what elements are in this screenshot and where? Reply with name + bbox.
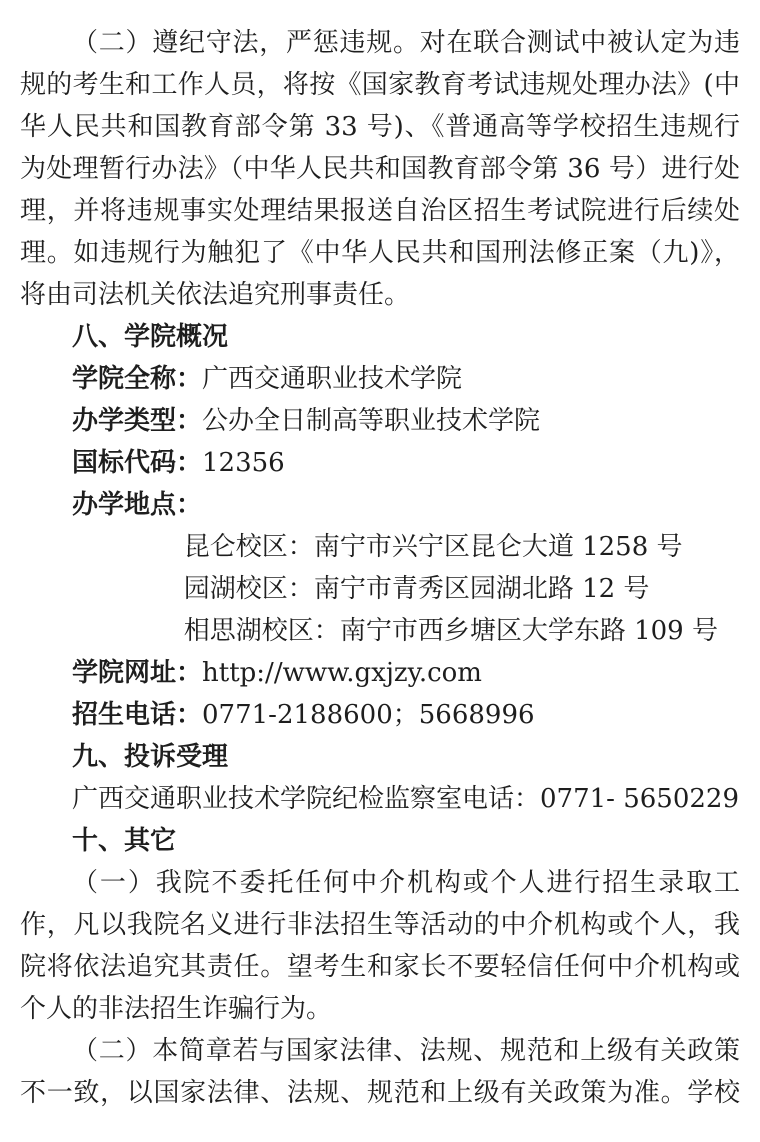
field-value: 12356: [202, 448, 285, 478]
campus-address: 南宁市西乡塘区大学东路 109 号: [340, 616, 718, 646]
field-value: 公办全日制高等职业技术学院: [202, 406, 540, 436]
field-national-code: 国标代码：12356: [20, 442, 740, 484]
field-college-website: 学院网址：http://www.gxjzy.com: [20, 652, 740, 694]
para-policy-precedence: （二）本简章若与国家法律、法规、规范和上级有关政策不一致，以国家法律、法规、规范…: [20, 1030, 740, 1114]
campus-address: 南宁市兴宁区昆仑大道 1258 号: [314, 532, 683, 562]
field-label: 办学类型：: [72, 406, 202, 436]
phone-number-text: 0771-2188600；5668996: [202, 700, 535, 730]
campus-address: 南宁市青秀区园湖北路 12 号: [314, 574, 650, 604]
para-violation-handling: （二）遵纪守法，严惩违规。对在联合测试中被认定为违规的考生和工作人员，将按《国家…: [20, 22, 740, 316]
field-college-full-name: 学院全称：广西交通职业技术学院: [20, 358, 740, 400]
field-label: 招生电话：: [72, 700, 202, 730]
field-campus-locations-label: 办学地点：: [20, 484, 740, 526]
field-label: 办学地点：: [72, 490, 202, 520]
heading-section-nine-complaints: 九、投诉受理: [20, 736, 740, 778]
website-url-text: http://www.gxjzy.com: [202, 658, 482, 688]
field-label: 学院全称：: [72, 364, 202, 394]
campus-xiangsihu-address: 相思湖校区：南宁市西乡塘区大学东路 109 号: [20, 610, 740, 652]
heading-section-eight-college-overview: 八、学院概况: [20, 316, 740, 358]
campus-name: 园湖校区：: [184, 574, 314, 604]
field-value: 广西交通职业技术学院: [202, 364, 462, 394]
field-label: 国标代码：: [72, 448, 202, 478]
field-label: 学院网址：: [72, 658, 202, 688]
document-page: （二）遵纪守法，严惩违规。对在联合测试中被认定为违规的考生和工作人员，将按《国家…: [0, 0, 760, 1142]
line-discipline-office-phone: 广西交通职业技术学院纪检监察室电话：0771- 5650229: [20, 778, 740, 820]
campus-kunlun-address: 昆仑校区：南宁市兴宁区昆仑大道 1258 号: [20, 526, 740, 568]
field-admissions-phone: 招生电话：0771-2188600；5668996: [20, 694, 740, 736]
campus-name: 昆仑校区：: [184, 532, 314, 562]
field-school-type: 办学类型：公办全日制高等职业技术学院: [20, 400, 740, 442]
para-no-intermediary-agents: （一）我院不委托任何中介机构或个人进行招生录取工作，凡以我院名义进行非法招生等活…: [20, 862, 740, 1030]
heading-section-ten-others: 十、其它: [20, 820, 740, 862]
campus-yuanhu-address: 园湖校区：南宁市青秀区园湖北路 12 号: [20, 568, 740, 610]
campus-name: 相思湖校区：: [184, 616, 340, 646]
